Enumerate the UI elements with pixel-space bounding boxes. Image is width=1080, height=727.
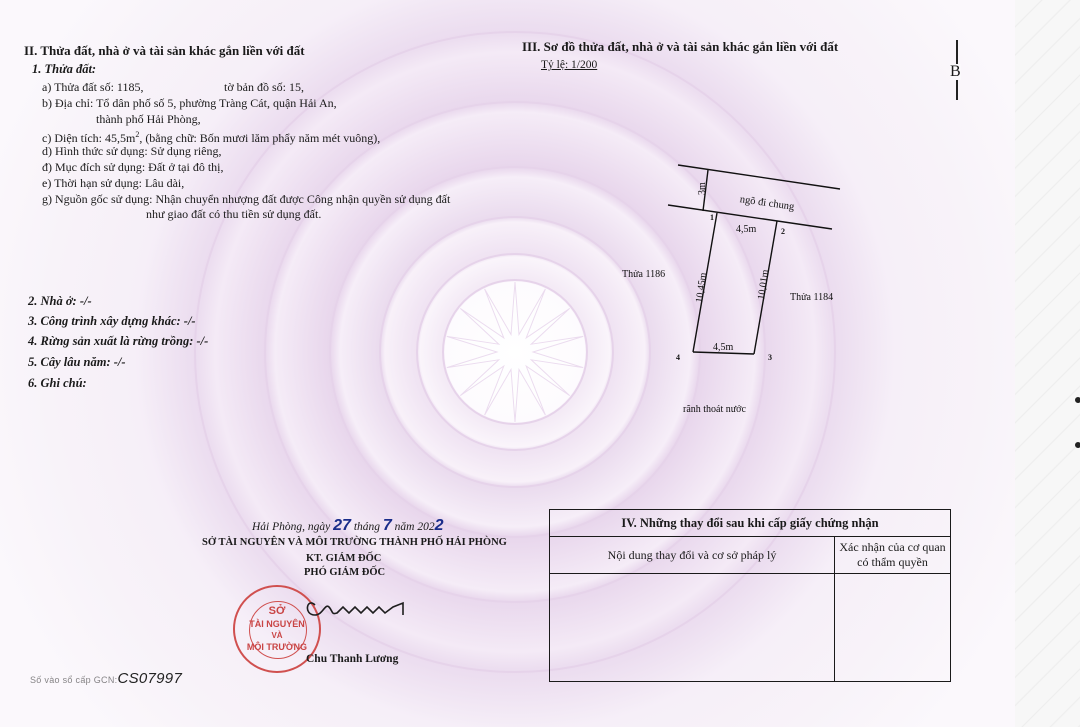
bullet-dot (1075, 442, 1080, 448)
bottom-drain-label: rãnh thoát nước (683, 404, 746, 415)
signer-name: Chu Thanh Lương (306, 652, 398, 666)
right-edge-label: 10,01m (756, 269, 771, 301)
stamp-line-3: VÀ (235, 631, 319, 640)
vertex-1: 1 (710, 213, 714, 222)
agency-name: SỞ TÀI NGUYÊN VÀ MÔI TRƯỜNG THÀNH PHỐ HẢ… (202, 536, 507, 550)
signer-role-2: PHÓ GIÁM ĐỐC (304, 566, 385, 580)
registry-number-label: Số vào sổ cấp GCN: (30, 675, 117, 685)
registry-number: Số vào sổ cấp GCN:CS07997 (30, 670, 182, 687)
registry-number-value: CS07997 (117, 670, 182, 687)
lane-width-label: 3m (697, 182, 708, 195)
stamp-line-4: MÔI TRƯỜNG (235, 642, 319, 652)
bottom-edge-label: 4,5m (713, 342, 734, 353)
certificate-page: II. Thửa đất, nhà ở và tài sản khác gắn … (0, 0, 1015, 727)
change-content-cell (550, 574, 835, 682)
column-header-confirmation: Xác nhận của cơ quan có thẩm quyền (835, 537, 951, 574)
column-header-content: Nội dung thay đổi và cơ sở pháp lý (550, 537, 835, 574)
top-edge-label: 4,5m (736, 224, 757, 235)
changes-table: IV. Những thay đổi sau khi cấp giấy chứn… (549, 509, 951, 682)
vertex-3: 3 (768, 353, 772, 362)
right-neighbor-label: Thửa 1184 (790, 292, 833, 303)
left-edge-label: 10,45m (694, 272, 709, 304)
place-date: Hải Phòng, ngày 27 tháng 7 năm 2022 (252, 519, 444, 534)
bullet-dot (1075, 397, 1080, 403)
vertex-4: 4 (676, 353, 680, 362)
handwritten-signature (305, 593, 415, 623)
background-strip (1015, 0, 1080, 727)
vertex-2: 2 (781, 227, 785, 236)
change-confirmation-cell (835, 574, 951, 682)
lane-label: ngõ đi chung (739, 194, 796, 213)
left-neighbor-label: Thửa 1186 (622, 269, 665, 280)
section-iv-title: IV. Những thay đổi sau khi cấp giấy chứn… (550, 510, 951, 537)
signer-role-1: KT. GIÁM ĐỐC (306, 552, 381, 566)
